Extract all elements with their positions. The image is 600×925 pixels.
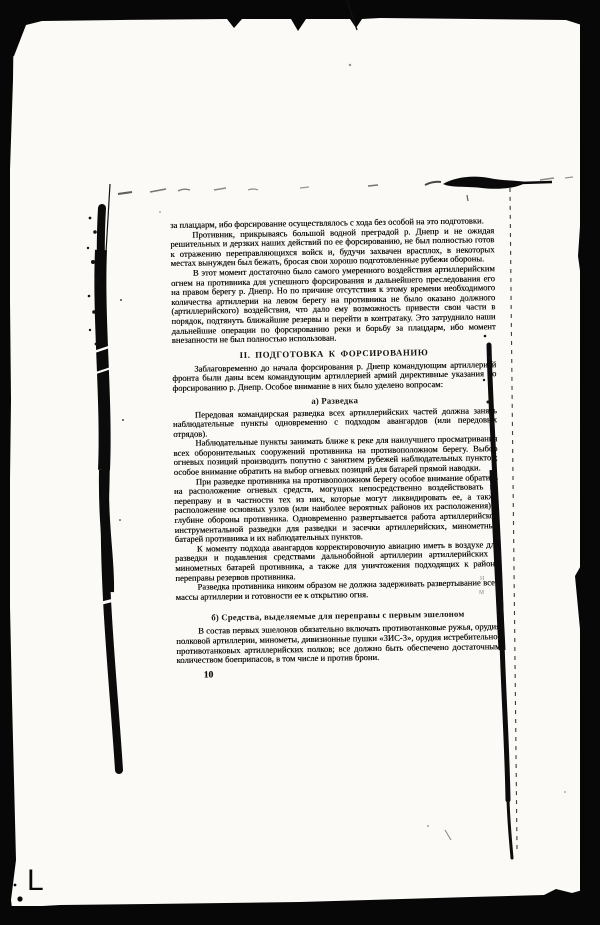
body-paragraph: В состав первых эшелонов обязательно вкл… (176, 623, 501, 666)
body-paragraph: В этот момент достаточно было самого уме… (171, 264, 496, 346)
scan-background: за плацдарм, ибо форсирование осуществля… (0, 0, 600, 925)
body-paragraph: Противник, прикрываясь большой водной пр… (170, 226, 495, 269)
body-paragraph: К моменту подхода авангардов корректиров… (175, 540, 500, 583)
body-paragraph: Разведка противника никоим образом не до… (175, 578, 499, 602)
body-paragraph: При разведке противника на противоположн… (174, 473, 499, 545)
text-column: за плацдарм, ибо форсирование осуществля… (170, 216, 501, 681)
body-paragraph: Наблюдательные пункты занимать ближе к р… (173, 434, 498, 477)
body-paragraph: Заблаговременно до начала форсирования р… (172, 360, 496, 394)
section-heading: II. ПОДГОТОВКА К ФОРСИРОВАНИЮ (172, 346, 496, 361)
subsection-heading-b: б) Средства, выделяемые для переправы с … (176, 609, 500, 624)
